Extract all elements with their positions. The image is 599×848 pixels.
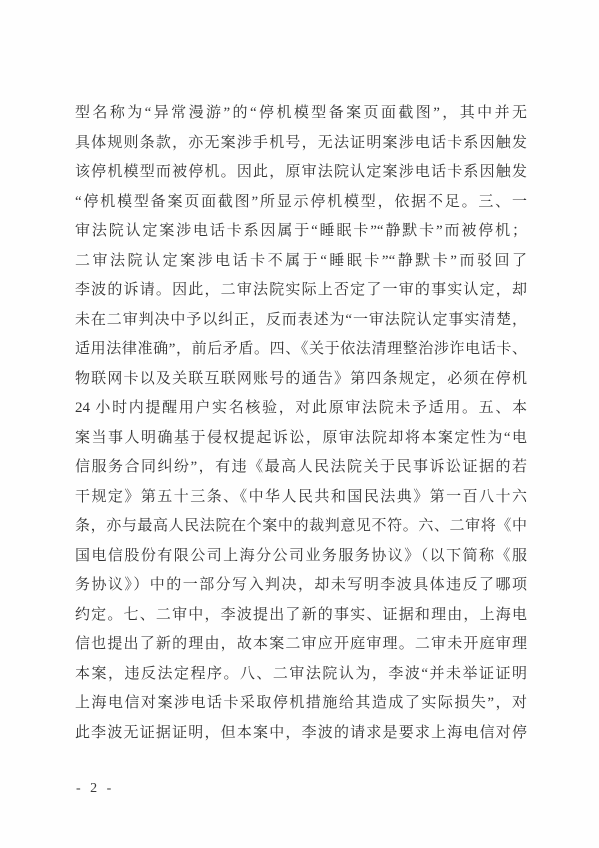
text-line: 务协议》）中的一部分写入判决，却未写明李波具体违反了哪项 xyxy=(75,571,527,601)
text-line: 李波的诉请。因此，二审法院实际上否定了一审的事实认定，却 xyxy=(75,276,527,306)
text-line: 此李波无证据证明，但本案中，李波的请求是要求上海电信对停 xyxy=(75,719,527,749)
text-line: 本案，违反法定程序。八、二审法院认为，李波“并未举证证明 xyxy=(75,660,527,690)
body-text: 型名称为“异常漫游”的“停机模型备案页面截图”，其中并无 具体规则条款，亦无案涉… xyxy=(75,99,527,748)
text-line: 物联网卡以及关联互联网账号的通告》第四条规定，必须在停机 xyxy=(75,365,527,395)
text-line: 上海电信对案涉电话卡采取停机措施给其造成了实际损失”，对 xyxy=(75,689,527,719)
text-line: 信也提出了新的理由，故本案二审应开庭审理。二审未开庭审理 xyxy=(75,630,527,660)
text-line: 审法院认定案涉电话卡系因属于“睡眠卡”“静默卡”而被停机； xyxy=(75,217,527,247)
text-line: 适用法律准确”，前后矛盾。四、《关于依法清理整治涉诈电话卡、 xyxy=(75,335,527,365)
text-line: 未在二审判决中予以纠正，反而表述为“一审法院认定事实清楚， xyxy=(75,306,527,336)
text-line: 干规定》第五十三条、《中华人民共和国民法典》第一百八十六 xyxy=(75,483,527,513)
text-line: 型名称为“异常漫游”的“停机模型备案页面截图”，其中并无 xyxy=(75,99,527,129)
text-line: 该停机模型而被停机。因此，原审法院认定案涉电话卡系因触发 xyxy=(75,158,527,188)
document-page: 型名称为“异常漫游”的“停机模型备案页面截图”，其中并无 具体规则条款，亦无案涉… xyxy=(0,0,599,848)
text-line: 国电信股份有限公司上海分公司业务服务协议》（以下简称《服 xyxy=(75,542,527,572)
text-line: 信服务合同纠纷”，有违《最高人民法院关于民事诉讼证据的若 xyxy=(75,453,527,483)
text-line: “停机模型备案页面截图”所显示停机模型，依据不足。三、一 xyxy=(75,188,527,218)
text-line: 二审法院认定案涉电话卡不属于“睡眠卡”“静默卡”而驳回了 xyxy=(75,247,527,277)
text-line: 具体规则条款，亦无案涉手机号，无法证明案涉电话卡系因触发 xyxy=(75,129,527,159)
text-line: 24 小时内提醒用户实名核验，对此原审法院未予适用。五、本 xyxy=(75,394,527,424)
text-line: 约定。七、二审中，李波提出了新的事实、证据和理由，上海电 xyxy=(75,601,527,631)
page-number: - 2 - xyxy=(76,781,114,797)
text-line: 条，亦与最高人民法院在个案中的裁判意见不符。六、二审将《中 xyxy=(75,512,527,542)
text-line: 案当事人明确基于侵权提起诉讼，原审法院却将本案定性为“电 xyxy=(75,424,527,454)
